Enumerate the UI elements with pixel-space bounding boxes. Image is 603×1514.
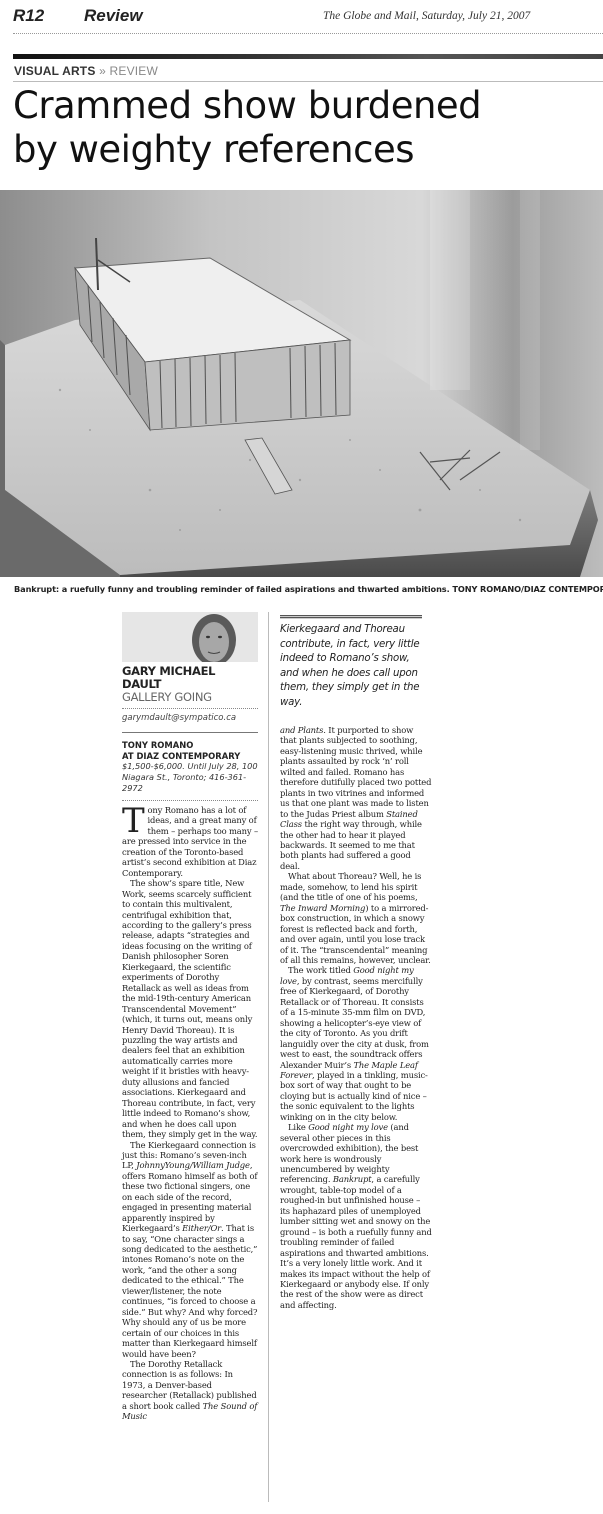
work-title-bankrupt: Bankrupt [333,1174,372,1184]
p8-text-c: , a carefully wrought, table-top model o… [280,1174,432,1309]
work-title-good-night-2: Good night my love [308,1122,388,1132]
columnist-portrait [122,612,258,662]
article-body-left: Tony Romano has a lot of ideas, and a gr… [122,805,258,1422]
exhibition-venue: AT DIAZ CONTEMPORARY [122,751,258,762]
paragraph-1: Tony Romano has a lot of ideas, and a gr… [122,805,258,878]
pullquote-block: Kierkegaard and Thoreau contribute, in f… [280,612,430,711]
kicker-separator: » [96,64,110,78]
paragraph-2: The show’s spare title, New Work, seems … [122,878,258,1139]
kicker: VISUAL ARTS » REVIEW [14,64,158,78]
pullquote: Kierkegaard and Thoreau contribute, in f… [280,623,430,711]
paragraph-6: What about Thoreau? Well, he is made, so… [280,871,432,965]
article-photo [0,190,603,577]
p5-text-a: . It purported to show that plants subje… [280,725,431,819]
book-title-either-or: Either/Or [182,1223,221,1233]
page-number: R12 [13,6,44,26]
section-rule [13,54,603,59]
columnist-name: GARY MICHAEL DAULT [122,665,258,691]
columnist-photo [122,612,258,662]
photo-credit: TONY ROMANO/DIAZ CONTEMPORARY [452,584,603,594]
kicker-rule [13,81,603,82]
poem-title: The Inward Morning [280,903,365,913]
house-model-illustration [0,190,603,577]
p8-text-a: Like [288,1122,308,1132]
kicker-subcategory: REVIEW [110,64,159,78]
left-column: GARY MICHAEL DAULT GALLERY GOING garymda… [122,612,258,1422]
headline: Crammed show burdened by weighty referen… [13,84,603,172]
book-title-continued: and Plants [280,725,323,735]
exhibition-info: $1,500-$6,000. Until July 28, 100 Niagar… [122,761,258,794]
paragraph-8: Like Good night my love (and several oth… [280,1122,432,1310]
p6-text-a: What about Thoreau? Well, he is made, so… [280,871,421,902]
kicker-category: VISUAL ARTS [14,64,96,78]
info-box-rule [122,732,258,733]
record-title: JohnnyYoung/William Judge [136,1160,250,1170]
paragraph-7: The work titled Good night my love, by c… [280,965,432,1122]
p7-text-b: , by contrast, seems mercifully free of … [280,976,429,1070]
columnist-email[interactable]: garymdault@sympatico.ca [122,713,258,723]
exhibition-title: TONY ROMANO AT DIAZ CONTEMPORARY [122,740,258,761]
paragraph-3: The Kierkegaard connection is just this:… [122,1140,258,1360]
drop-cap: T [122,806,145,836]
pullquote-rule [280,615,422,619]
column-name: GALLERY GOING [122,691,258,704]
paragraph-5: and Plants. It purported to show that pl… [280,725,432,871]
headline-line-1: Crammed show burdened [13,84,481,127]
column-divider [268,612,269,1502]
p3-text-c: . That is to say, “One character sings a… [122,1223,257,1358]
columnist-divider [122,708,258,709]
masthead-dotted-rule [13,33,603,34]
paragraph-4: The Dorothy Retallack connection is as f… [122,1359,258,1422]
headline-line-2: by weighty references [13,128,414,171]
publication-date: The Globe and Mail, Saturday, July 21, 2… [323,10,530,22]
p5-text-b: the right way through, while the other h… [280,819,422,871]
section-name: Review [84,6,143,26]
article-body-right: and Plants. It purported to show that pl… [280,725,432,1310]
exhibition-artist: TONY ROMANO [122,740,258,751]
caption-text: Bankrupt: a ruefully funny and troubling… [14,584,450,594]
p7-text-a: The work titled [288,965,353,975]
photo-caption: Bankrupt: a ruefully funny and troubling… [14,584,603,594]
